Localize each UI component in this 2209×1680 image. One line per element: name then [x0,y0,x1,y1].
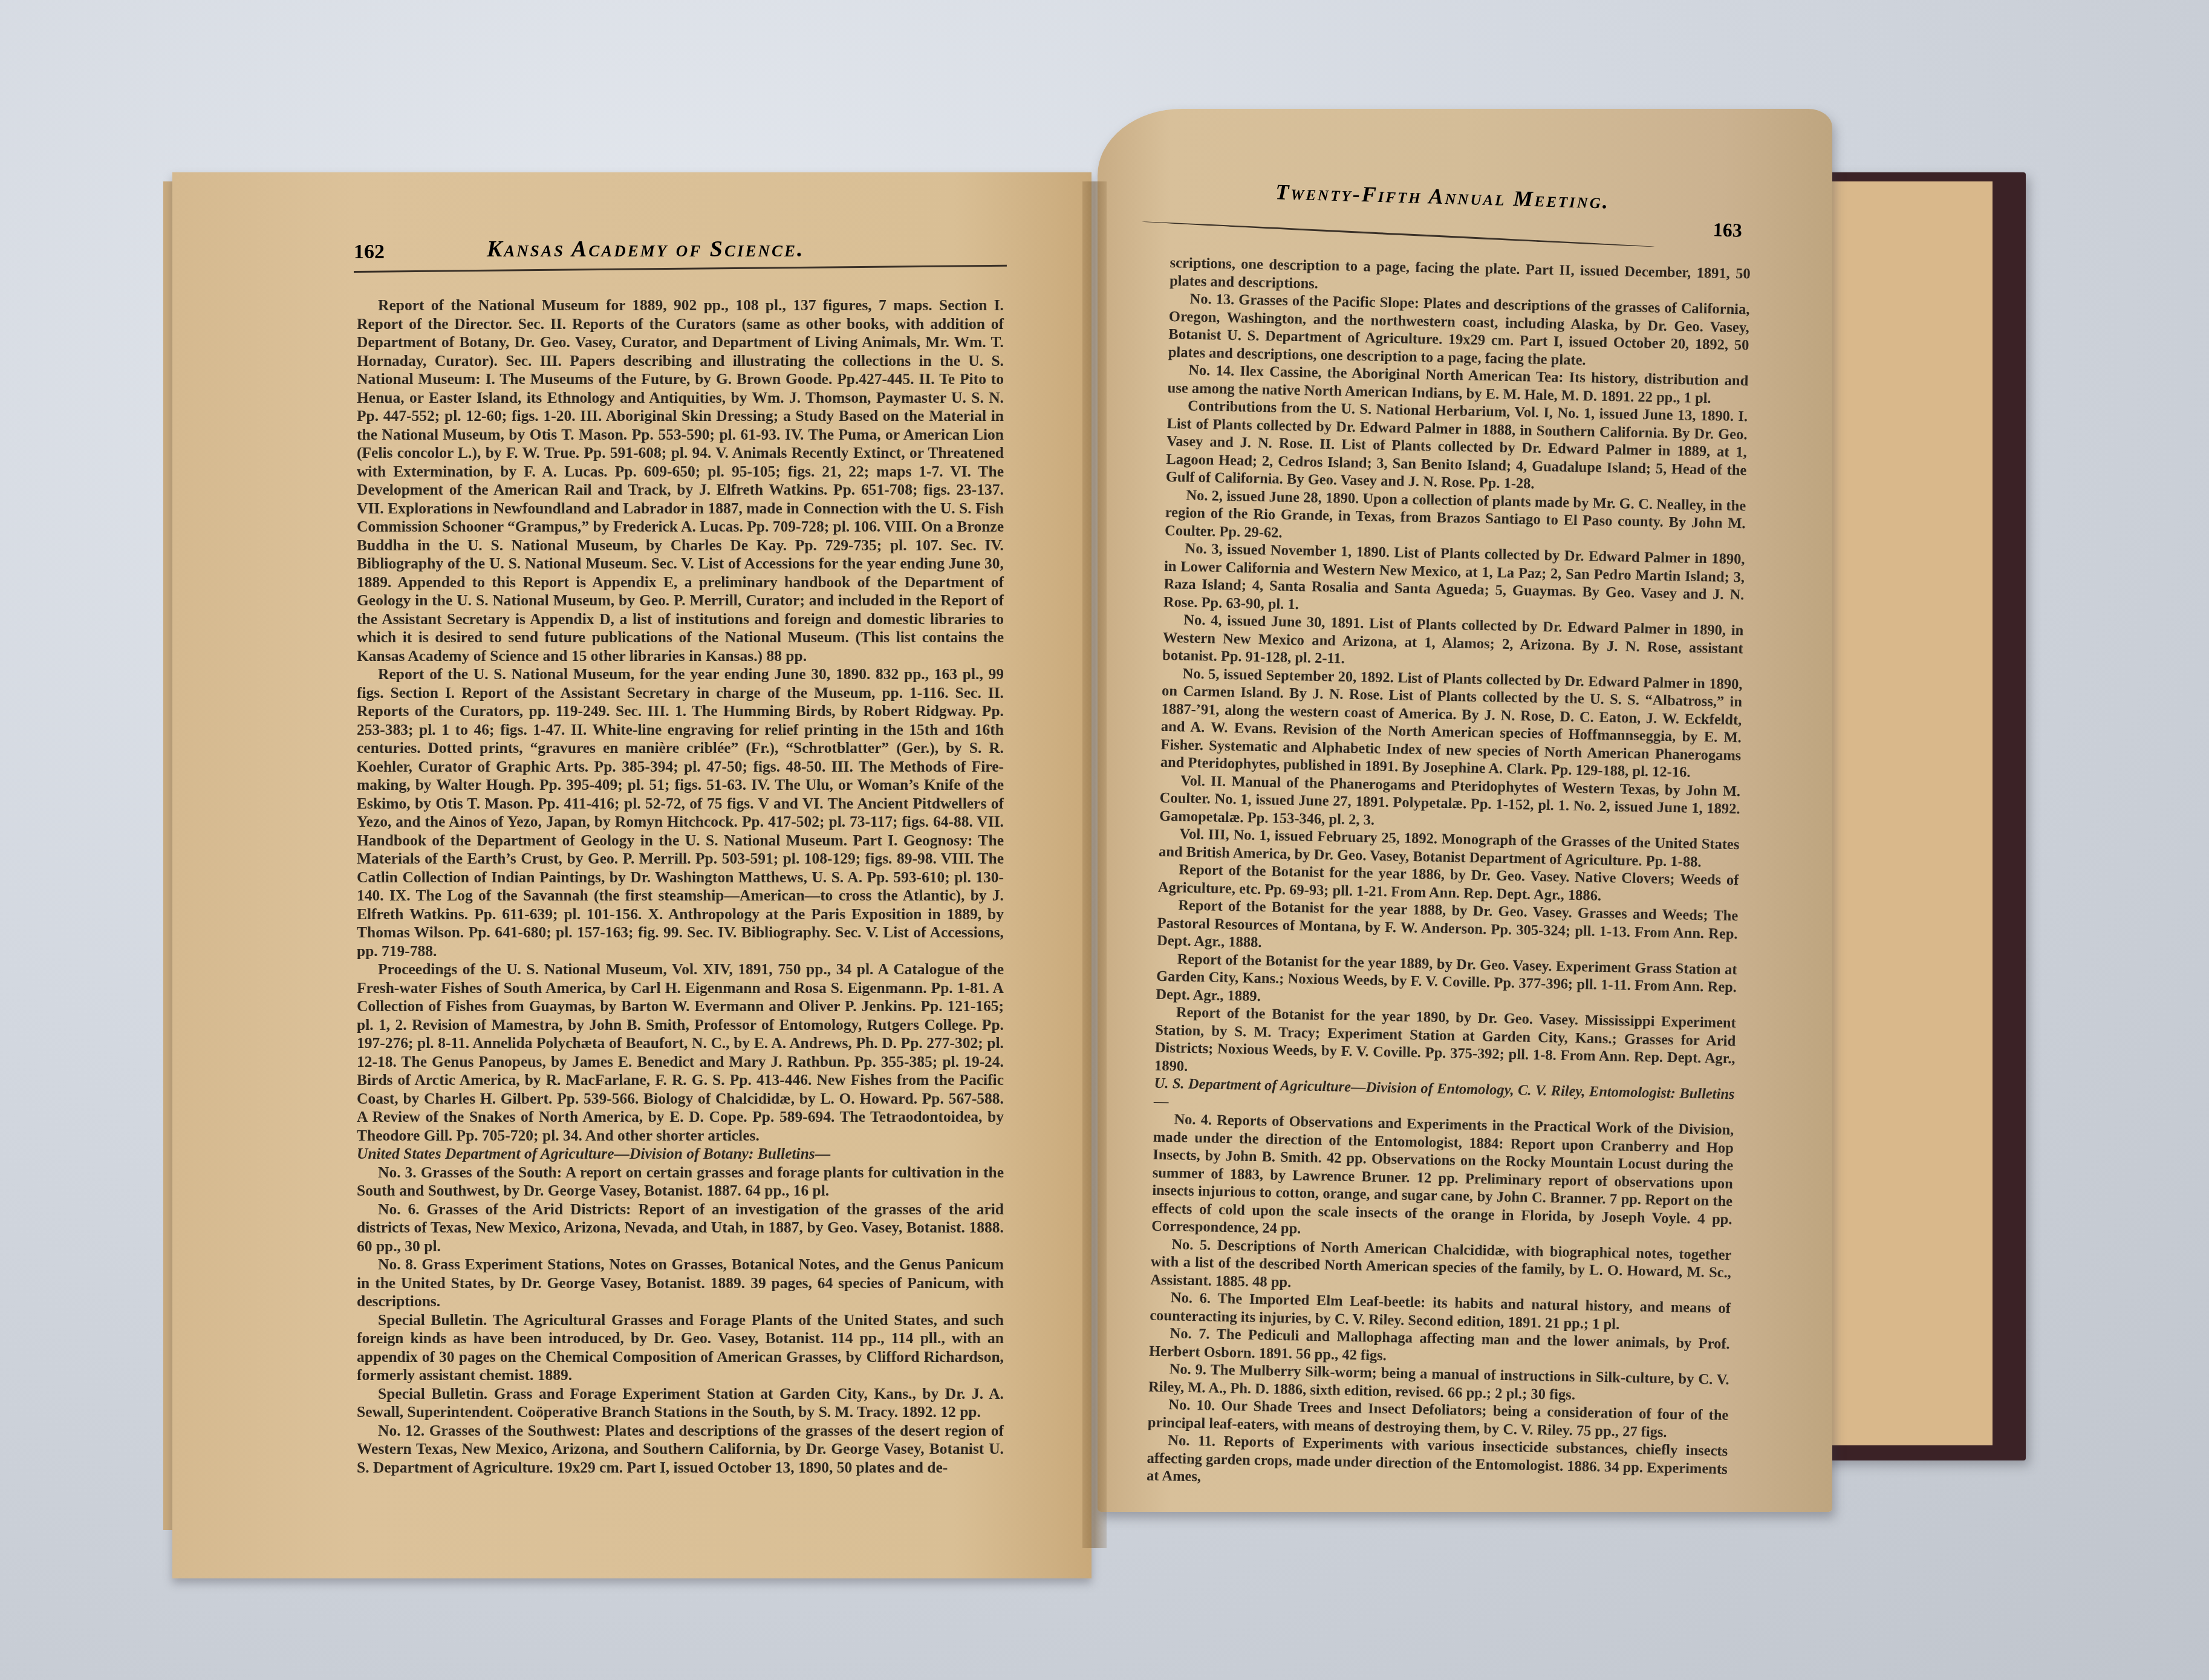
paragraph: No. 13. Grasses of the Pacific Slope: Pl… [1168,290,1750,372]
right-page-body: scriptions, one description to a page, f… [1147,254,1751,1496]
paragraph: No. 3, issued November 1, 1890. List of … [1163,539,1745,622]
paragraph: No. 8. Grass Experiment Stations, Notes … [357,1255,1004,1311]
paragraph: Special Bulletin. Grass and Forage Exper… [357,1385,1004,1422]
paragraph: No. 4. Reports of Observations and Exper… [1151,1110,1734,1246]
section-heading: United States Department of Agriculture—… [357,1145,1004,1164]
paragraph: Special Bulletin. The Agricultural Grass… [357,1311,1004,1385]
paragraph: No. 12. Grasses of the Southwest: Plates… [357,1422,1004,1477]
paragraph: Proceedings of the U. S. National Museum… [357,960,1004,1145]
paragraph: No. 11. Reports of Experiments with vari… [1147,1431,1728,1496]
left-page-body: Report of the National Museum for 1889, … [357,296,1004,1477]
paragraph: No. 5, issued September 20, 1892. List o… [1160,664,1743,782]
paragraph: Report of the National Museum for 1889, … [357,296,1004,665]
paragraph: Report of the U. S. National Museum, for… [357,665,1004,960]
book-gutter [1082,181,1107,1548]
paragraph: No. 3. Grasses of the South: A report on… [357,1164,1004,1200]
page-number-left: 162 [354,241,385,264]
page-number-right: 163 [1713,218,1742,241]
paragraph: Report of the Botanist for the year 1890… [1154,1003,1736,1086]
paragraph: No. 6. Grasses of the Arid Districts: Re… [357,1200,1004,1256]
paragraph: Contributions from the U. S. National He… [1166,397,1748,497]
running-head-left: Kansas Academy of Science. [487,236,805,262]
endpaper-right [1832,181,1993,1445]
